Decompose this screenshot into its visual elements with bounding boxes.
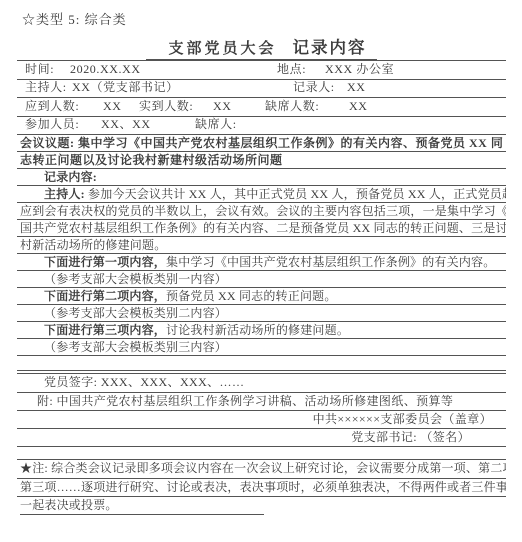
agenda-item-1-ref: （参考支部大会模板类别一内容）: [17, 271, 506, 288]
footnote-line-2: 第三项……逐项进行研究、讨论或表决，表决事项时，必须单独表决，不得两件或者三件事…: [17, 479, 506, 498]
agenda-item-3-text: 讨论我村新活动场所的修建问题。: [166, 323, 349, 337]
row-time-place: 时间: 2020.XX.XX 地点: XXX 办公室: [17, 61, 506, 80]
participants-label: 参加人员:: [25, 115, 79, 132]
secretary-signature-row: 党支部书记: （签名）: [17, 429, 506, 447]
title-record-content: 记录内容: [293, 38, 367, 57]
document-type-label: ☆类型 5: 综合类: [17, 10, 506, 30]
host-value: XX（党支部书记）: [72, 78, 179, 95]
row-attendance-counts: 应到人数: XX 实到人数: XX 缺席人数: XX: [17, 98, 506, 117]
topic-line-1: 会议议题: 集中学习《中国共产党农村基层组织工作条例》的有关内容、预备党员 XX…: [17, 135, 506, 152]
signature-block: 党员签字: XXX、XXX、XXX、…… 附: 中国共产党农村基层组织工作条例学…: [17, 374, 506, 447]
recorder-value: XX: [347, 80, 366, 95]
host-speech-prefix: 主持人:: [44, 187, 85, 201]
signatures-value: XXX、XXX、XXX、……: [101, 375, 245, 389]
topic-line-2: 志转正问题以及讨论我村新建村级活动场所问题: [17, 152, 506, 169]
footnote-block: ★注: 综合类会议记录即多项会议内容在一次会议上研究讨论，会议需要分成第一项、第…: [17, 459, 506, 516]
place-label: 地点:: [277, 60, 306, 77]
host-speech-text-1: 参加今天会议共计 XX 人，其中正式党员 XX 人，预备党员 XX 人，正式党员…: [88, 187, 506, 201]
recorder-label: 记录人:: [293, 78, 335, 95]
host-label: 主持人:: [25, 78, 67, 95]
actual-count-label: 实到人数:: [139, 97, 193, 114]
agenda-item-3-ref: （参考支部大会模板类别三内容）: [17, 339, 506, 356]
place-value: XXX 办公室: [325, 60, 394, 77]
host-speech-line-4: 村新活动场所的修建问题。: [17, 237, 506, 254]
agenda-item-2-text: 预备党员 XX 同志的转正问题。: [166, 289, 337, 303]
meta-form: 时间: 2020.XX.XX 地点: XXX 办公室 主持人: XX（党支部书记…: [17, 60, 506, 135]
title-meeting-name: 支部党员大会: [168, 41, 276, 57]
document-title: 支部党员大会记录内容: [17, 32, 506, 60]
agenda-item-2-label: 下面进行第二项内容，: [44, 289, 166, 303]
title-underline: 支部党员大会记录内容: [146, 32, 376, 60]
expected-count-label: 应到人数:: [25, 97, 79, 114]
agenda-item-1-text: 集中学习《中国共产党农村基层组织工作条例》的有关内容。: [166, 255, 495, 269]
host-speech-line-2: 应到会有表决权的党员的半数以上，会议有效。会议的主要内容包括三项，一是集中学习《…: [17, 203, 506, 220]
agenda-item-2-ref: （参考支部大会模板类别二内容）: [17, 305, 506, 322]
agenda-item-1-label: 下面进行第一项内容，: [44, 255, 166, 269]
record-body: 会议议题: 集中学习《中国共产党农村基层组织工作条例》的有关内容、预备党员 XX…: [17, 135, 506, 356]
footnote-line-3-text: 一起表决或投票。: [20, 497, 264, 515]
actual-count-value: XX: [213, 99, 232, 114]
absent-count-label: 缺席人数:: [265, 97, 319, 114]
footnote-line-1: ★注: 综合类会议记录即多项会议内容在一次会议上研究讨论，会议需要分成第一项、第…: [17, 460, 506, 479]
committee-seal-row: 中共××××××支部委员会（盖章）: [17, 411, 506, 429]
row-participants: 参加人员: XX、XX 缺席人:: [17, 117, 506, 136]
agenda-item-3-label: 下面进行第三项内容，: [44, 323, 166, 337]
member-signatures-row: 党员签字: XXX、XXX、XXX、……: [17, 374, 506, 392]
host-speech-line-1: 主持人: 参加今天会议共计 XX 人，其中正式党员 XX 人，预备党员 XX 人…: [17, 186, 506, 203]
record-content-heading: 记录内容:: [17, 169, 506, 186]
spacer: [17, 447, 506, 459]
agenda-item-3: 下面进行第三项内容，讨论我村新活动场所的修建问题。: [17, 322, 506, 339]
expected-count-value: XX: [103, 99, 122, 114]
spacer: [17, 356, 506, 370]
attachment-row: 附: 中国共产党农村基层组织工作条例学习讲稿、活动场所修建图纸、预算等: [17, 393, 506, 411]
time-label: 时间:: [25, 60, 54, 77]
agenda-item-1: 下面进行第一项内容，集中学习《中国共产党农村基层组织工作条例》的有关内容。: [17, 254, 506, 271]
participants-value: XX、XX: [101, 115, 151, 132]
agenda-item-2: 下面进行第二项内容，预备党员 XX 同志的转正问题。: [17, 288, 506, 305]
time-value: 2020.XX.XX: [70, 62, 141, 77]
absentees-label: 缺席人:: [195, 115, 237, 132]
meeting-record-document: ☆类型 5: 综合类 支部党员大会记录内容 时间: 2020.XX.XX 地点:…: [0, 0, 522, 542]
host-speech-line-3: 国共产党农村基层组织工作条例》的有关内容、二是预备党员 XX 同志的转正问题、三…: [17, 220, 506, 237]
absent-count-value: XX: [349, 99, 368, 114]
signatures-label: 党员签字:: [44, 375, 97, 389]
row-host-recorder: 主持人: XX（党支部书记） 记录人: XX: [17, 80, 506, 99]
footnote-line-3: 一起表决或投票。: [17, 497, 506, 516]
